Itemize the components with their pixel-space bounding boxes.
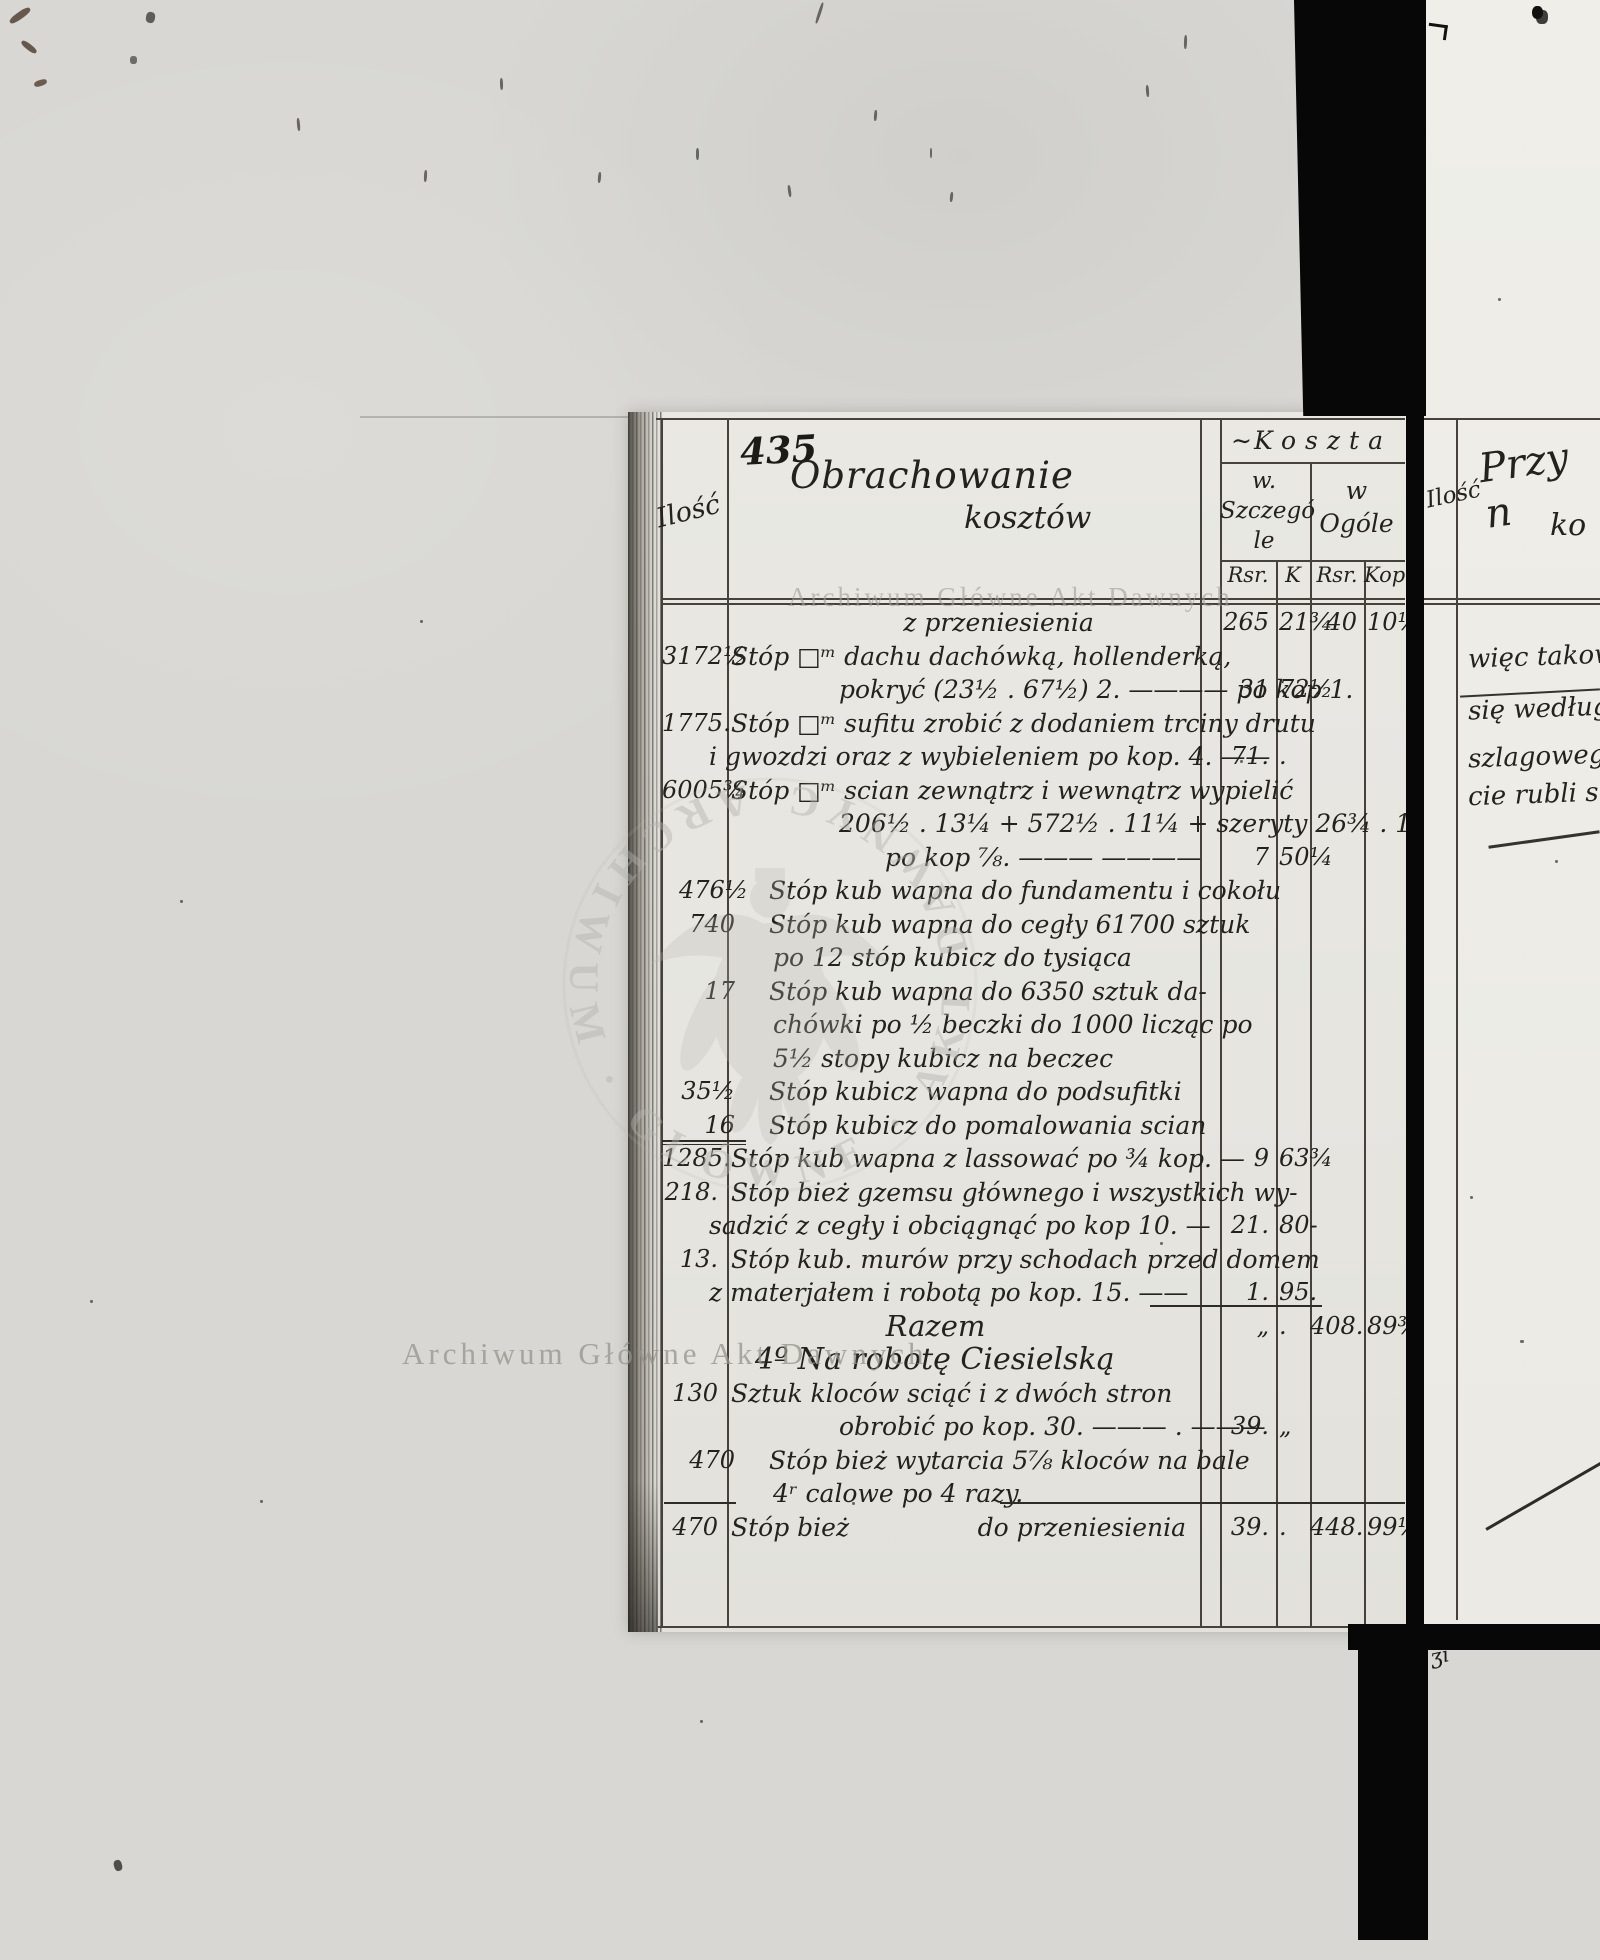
table-title-line1: Obrachowanie bbox=[790, 454, 1074, 497]
value-total-rubles bbox=[1310, 673, 1364, 707]
value-detail-rubles: 39. bbox=[1220, 1410, 1276, 1444]
speck bbox=[598, 172, 602, 183]
speck bbox=[424, 170, 428, 182]
line-gap-cell bbox=[1200, 941, 1220, 975]
right-table-top-border bbox=[1424, 418, 1600, 420]
ledger-line: 470Stóp bież wytarcia 5⅞ kloców na bale bbox=[662, 1444, 1405, 1478]
value-detail-kopeks bbox=[1276, 1377, 1310, 1411]
line-gap-cell bbox=[1200, 1075, 1220, 1109]
line-quantity: 3172½ bbox=[662, 640, 727, 674]
line-gap-cell bbox=[1200, 1142, 1220, 1176]
value-detail-kopeks: 80- bbox=[1276, 1209, 1310, 1243]
speck bbox=[787, 185, 792, 197]
line-gap-cell bbox=[1200, 841, 1220, 875]
value-total-rubles bbox=[1310, 841, 1364, 875]
speck bbox=[1160, 1242, 1163, 1245]
ledger-line: 130Sztuk kloców sciąć i z dwóch stron bbox=[662, 1377, 1405, 1411]
line-quantity: 470 bbox=[679, 1444, 744, 1478]
value-total-rubles bbox=[1310, 1042, 1364, 1076]
line-gap-cell bbox=[1200, 1243, 1220, 1277]
speck bbox=[696, 148, 699, 160]
value-total-kopeks bbox=[1364, 841, 1405, 875]
value-total-rubles bbox=[1310, 1343, 1364, 1377]
film-black-strip-gutter bbox=[1406, 412, 1424, 1628]
value-total-rubles: 408. bbox=[1310, 1310, 1364, 1344]
value-detail-rubles bbox=[1220, 1377, 1276, 1411]
value-total-rubles bbox=[1310, 707, 1364, 741]
value-detail-rubles bbox=[1220, 774, 1276, 808]
detail-col-word-3: le bbox=[1220, 526, 1308, 556]
book-spine-shadow bbox=[628, 1482, 658, 1632]
value-total-rubles bbox=[1310, 1444, 1364, 1478]
right-page-text-line: cie rubli s bbox=[1468, 778, 1600, 813]
line-quantity: 1775. bbox=[662, 707, 727, 741]
speck bbox=[8, 6, 32, 25]
value-total-rubles bbox=[1310, 1008, 1364, 1042]
value-total-rubles bbox=[1310, 908, 1364, 942]
value-detail-kopeks bbox=[1276, 1176, 1310, 1210]
value-total-rubles bbox=[1310, 1243, 1364, 1277]
value-total-kopeks bbox=[1364, 740, 1405, 774]
value-total-kopeks bbox=[1364, 1008, 1405, 1042]
value-total-kopeks bbox=[1364, 1042, 1405, 1076]
line-gap-cell bbox=[1200, 707, 1220, 741]
value-total-rubles bbox=[1310, 1109, 1364, 1143]
speck bbox=[815, 2, 825, 24]
value-total-rubles bbox=[1310, 1410, 1364, 1444]
right-header-line-2 bbox=[1424, 603, 1600, 605]
value-detail-rubles: 9 bbox=[1220, 1142, 1276, 1176]
line-gap-cell bbox=[1200, 1477, 1220, 1511]
costs-group-header: Koszta bbox=[1220, 426, 1403, 455]
value-detail-rubles: „ bbox=[1220, 1310, 1276, 1344]
value-detail-rubles bbox=[1220, 941, 1276, 975]
value-total-rubles bbox=[1310, 774, 1364, 808]
speck bbox=[1498, 298, 1501, 301]
value-total-kopeks bbox=[1364, 1377, 1405, 1411]
ledger-line: obrobić po kop. 30. ——— . ———39.„ bbox=[662, 1410, 1405, 1444]
value-total-rubles bbox=[1310, 1377, 1364, 1411]
value-detail-rubles: 7 bbox=[1220, 841, 1276, 875]
speck bbox=[1520, 1340, 1524, 1343]
sum-rule-razem bbox=[1150, 1305, 1322, 1307]
value-total-kopeks: 10¼ bbox=[1364, 606, 1405, 640]
line-gap-cell bbox=[1200, 1343, 1220, 1377]
speck bbox=[700, 1720, 703, 1723]
value-total-kopeks bbox=[1364, 1109, 1405, 1143]
value-detail-kopeks bbox=[1276, 640, 1310, 674]
right-header-line-1 bbox=[1424, 598, 1600, 600]
ledger-line: i gwozdzi oraz z wybieleniem po kop. 4. … bbox=[662, 740, 1405, 774]
value-detail-rubles bbox=[1220, 807, 1276, 841]
line-description: Stóp kub. murów przy schodach przed dome… bbox=[727, 1243, 1200, 1277]
corner-hook-mark bbox=[1427, 23, 1448, 40]
ledger-line: 4ʳ calowe po 4 razy. bbox=[662, 1477, 1405, 1511]
total-col-word-1: w bbox=[1310, 474, 1403, 507]
speck bbox=[130, 56, 137, 64]
value-detail-kopeks: . bbox=[1276, 740, 1310, 774]
line-gap-cell bbox=[1200, 774, 1220, 808]
value-total-kopeks bbox=[1364, 774, 1405, 808]
value-total-kopeks bbox=[1364, 673, 1405, 707]
value-detail-kopeks bbox=[1276, 807, 1310, 841]
speck bbox=[949, 192, 953, 202]
value-total-kopeks bbox=[1364, 1075, 1405, 1109]
archive-eagle-stamp: ARCHIWUM · GŁÓWNE · AKT DAWNYCH · bbox=[555, 770, 985, 1200]
value-total-rubles bbox=[1310, 740, 1364, 774]
value-total-kopeks bbox=[1364, 1276, 1405, 1310]
line-gap-cell bbox=[1200, 908, 1220, 942]
detail-col-word-2: Szczegó bbox=[1220, 496, 1308, 526]
value-total-rubles bbox=[1310, 1075, 1364, 1109]
line-quantity: 470 bbox=[662, 1511, 727, 1545]
speck bbox=[852, 1502, 855, 1505]
line-gap-cell bbox=[1200, 1444, 1220, 1478]
units-row-topline bbox=[1220, 560, 1405, 562]
speck bbox=[874, 110, 878, 121]
right-page-text-line: więc takow bbox=[1468, 639, 1600, 674]
line-gap-cell bbox=[1200, 740, 1220, 774]
sum-rule-carry-left bbox=[664, 1502, 736, 1504]
value-detail-kopeks bbox=[1276, 975, 1310, 1009]
value-total-kopeks bbox=[1364, 1410, 1405, 1444]
underline-flourish-2 bbox=[1488, 830, 1599, 848]
line-gap-cell bbox=[1200, 1109, 1220, 1143]
value-detail-kopeks: 50¼ bbox=[1276, 841, 1310, 875]
value-total-kopeks bbox=[1364, 1176, 1405, 1210]
photo-stage: 435 Ilość Obrachowanie kosztów Koszta w.… bbox=[0, 0, 1600, 1960]
value-detail-rubles bbox=[1220, 1109, 1276, 1143]
value-total-kopeks bbox=[1364, 941, 1405, 975]
value-total-kopeks bbox=[1364, 1243, 1405, 1277]
value-detail-rubles bbox=[1220, 1075, 1276, 1109]
line-gap-cell bbox=[1200, 640, 1220, 674]
value-total-kopeks bbox=[1364, 1142, 1405, 1176]
line-gap-cell bbox=[1200, 1042, 1220, 1076]
speck bbox=[33, 78, 47, 88]
value-total-kopeks bbox=[1364, 1444, 1405, 1478]
value-detail-rubles: 71. bbox=[1220, 740, 1276, 774]
value-total-rubles: 40 bbox=[1310, 606, 1364, 640]
line-quantity: 13. bbox=[662, 1243, 727, 1277]
value-detail-kopeks bbox=[1276, 1008, 1310, 1042]
archive-watermark-top: Archiwum Główne Akt Dawnych bbox=[788, 582, 1233, 613]
speck bbox=[296, 118, 300, 131]
line-quantity bbox=[662, 1410, 727, 1444]
speck bbox=[20, 39, 38, 55]
value-detail-kopeks bbox=[1276, 1343, 1310, 1377]
value-detail-kopeks bbox=[1276, 1477, 1310, 1511]
value-total-rubles bbox=[1310, 1142, 1364, 1176]
line-description: Stóp bież wytarcia 5⅞ kloców na bale bbox=[727, 1444, 1200, 1478]
line-quantity bbox=[662, 1477, 727, 1511]
right-page-fragment: Ilość Przy n ko więc takowsię wedługszla… bbox=[1424, 0, 1600, 1626]
margin-squiggle: ʒı bbox=[1428, 1642, 1451, 1669]
value-detail-rubles bbox=[1220, 1243, 1276, 1277]
diagonal-stroke bbox=[1485, 1443, 1600, 1530]
detail-col-word-1: w. bbox=[1220, 466, 1308, 496]
value-total-kopeks bbox=[1364, 1209, 1405, 1243]
speck bbox=[1146, 85, 1150, 97]
value-detail-kopeks: . bbox=[1276, 1310, 1310, 1344]
line-gap-cell bbox=[1200, 1176, 1220, 1210]
value-detail-kopeks: 21¾ bbox=[1276, 606, 1310, 640]
speck bbox=[90, 1300, 93, 1303]
line-gap-cell bbox=[1200, 975, 1220, 1009]
ledger-line: sadzić z cegły i obciągnąć po kop 10. —2… bbox=[662, 1209, 1405, 1243]
right-page-heading-2: ko bbox=[1550, 508, 1586, 543]
value-detail-kopeks: . bbox=[1276, 1511, 1310, 1545]
line-quantity bbox=[662, 606, 727, 640]
total-col-word-2: Ogóle bbox=[1310, 507, 1403, 540]
value-detail-rubles bbox=[1220, 640, 1276, 674]
line-description-left: Stóp bież bbox=[731, 1511, 849, 1545]
speck bbox=[1240, 760, 1243, 763]
value-total-kopeks bbox=[1364, 874, 1405, 908]
value-total-kopeks bbox=[1364, 1477, 1405, 1511]
archive-watermark-bottom: Archiwum Główne Akt Dawnych bbox=[402, 1336, 928, 1372]
value-total-kopeks bbox=[1364, 908, 1405, 942]
value-total-rubles bbox=[1310, 640, 1364, 674]
line-description: sadzić z cegły i obciągnąć po kop 10. — bbox=[709, 1209, 1200, 1243]
line-description: pokryć (23½ . 67½) 2. ———— po kop 1. bbox=[727, 673, 1200, 707]
line-gap-cell bbox=[1200, 1377, 1220, 1411]
speck bbox=[420, 620, 423, 623]
value-total-kopeks bbox=[1364, 707, 1405, 741]
value-detail-rubles bbox=[1220, 1444, 1276, 1478]
value-total-kopeks bbox=[1364, 1343, 1405, 1377]
speck bbox=[1470, 1196, 1473, 1199]
value-total-rubles bbox=[1310, 1209, 1364, 1243]
value-detail-rubles bbox=[1220, 1477, 1276, 1511]
ledger-line: 1775.Stóp □ᵐ sufitu zrobić z dodaniem tr… bbox=[662, 707, 1405, 741]
value-detail-kopeks bbox=[1276, 1075, 1310, 1109]
value-total-rubles bbox=[1310, 941, 1364, 975]
film-black-band-top bbox=[1294, 0, 1426, 416]
value-total-rubles bbox=[1310, 874, 1364, 908]
film-black-strip-lower bbox=[1358, 1648, 1428, 1940]
speck bbox=[260, 1500, 263, 1503]
unit-header-total-rubles: Rsr. bbox=[1310, 563, 1364, 587]
value-total-kopeks: 99½ bbox=[1364, 1511, 1405, 1545]
line-description: Stóp □ᵐ sufitu zrobić z dodaniem trciny … bbox=[727, 707, 1200, 741]
speck bbox=[1184, 35, 1187, 49]
value-total-rubles: 448. bbox=[1310, 1511, 1364, 1545]
value-detail-kopeks bbox=[1276, 707, 1310, 741]
value-detail-kopeks: 72½ bbox=[1276, 673, 1310, 707]
line-gap-cell bbox=[1200, 1310, 1220, 1344]
right-page-text-line: szlagoweg bbox=[1468, 740, 1600, 775]
line-gap-cell bbox=[1200, 1511, 1220, 1545]
value-total-rubles bbox=[1310, 975, 1364, 1009]
right-qty-column-header: Ilość bbox=[1424, 477, 1483, 514]
speck bbox=[1555, 860, 1558, 863]
speck bbox=[930, 148, 932, 158]
value-detail-kopeks bbox=[1276, 941, 1310, 975]
value-detail-rubles bbox=[1220, 1176, 1276, 1210]
line-gap-cell bbox=[1200, 1410, 1220, 1444]
line-description: z materjałem i robotą po kop. 15. —— bbox=[709, 1276, 1200, 1310]
speck bbox=[500, 78, 503, 90]
speck bbox=[180, 900, 183, 903]
value-detail-rubles bbox=[1220, 1343, 1276, 1377]
value-detail-rubles bbox=[1220, 1008, 1276, 1042]
sum-rule-carry-right bbox=[1000, 1502, 1405, 1504]
value-detail-rubles bbox=[1220, 975, 1276, 1009]
line-gap-cell bbox=[1200, 673, 1220, 707]
unit-header-total-kopeks: Kop bbox=[1364, 563, 1405, 587]
ledger-line: 13.Stóp kub. murów przy schodach przed d… bbox=[662, 1243, 1405, 1277]
value-detail-rubles: 39. bbox=[1220, 1511, 1276, 1545]
speck bbox=[1536, 10, 1548, 24]
costs-group-underline bbox=[1220, 462, 1405, 464]
total-column-header: w Ogóle bbox=[1310, 474, 1403, 540]
line-description: 4ʳ calowe po 4 razy. bbox=[727, 1477, 1200, 1511]
table-bottom-border bbox=[658, 1626, 1405, 1628]
value-detail-kopeks bbox=[1276, 1109, 1310, 1143]
value-total-rubles bbox=[1310, 807, 1364, 841]
speck bbox=[145, 11, 156, 23]
detail-column-header: w. Szczegó le bbox=[1220, 466, 1308, 556]
value-detail-kopeks bbox=[1276, 908, 1310, 942]
value-detail-rubles: 21. bbox=[1220, 1209, 1276, 1243]
value-detail-rubles bbox=[1220, 908, 1276, 942]
value-detail-rubles bbox=[1220, 1042, 1276, 1076]
value-detail-kopeks bbox=[1276, 1042, 1310, 1076]
ledger-line: pokryć (23½ . 67½) 2. ———— po kop 1.3172… bbox=[662, 673, 1405, 707]
table-title-line2: kosztów bbox=[964, 500, 1091, 536]
film-black-bar-bottom bbox=[1348, 1624, 1600, 1650]
value-total-rubles bbox=[1310, 1176, 1364, 1210]
stamp-eagle bbox=[650, 868, 890, 1144]
right-page-text-line: się według bbox=[1468, 692, 1600, 727]
ledger-line: 3172½Stóp □ᵐ dachu dachówką, hollenderką… bbox=[662, 640, 1405, 674]
value-detail-rubles bbox=[1220, 874, 1276, 908]
value-detail-kopeks bbox=[1276, 774, 1310, 808]
ledger-line: 470Stóp bieżdo przeniesienia39..448.99½ bbox=[662, 1511, 1405, 1545]
table-top-border bbox=[656, 418, 1405, 420]
unit-header-detail-kopeks: K bbox=[1276, 563, 1310, 587]
line-description: Sztuk kloców sciąć i z dwóch stron bbox=[727, 1377, 1200, 1411]
value-detail-kopeks bbox=[1276, 874, 1310, 908]
value-detail-kopeks: 63¾ bbox=[1276, 1142, 1310, 1176]
line-quantity bbox=[662, 673, 727, 707]
value-detail-rubles bbox=[1220, 707, 1276, 741]
value-detail-kopeks bbox=[1276, 1243, 1310, 1277]
value-total-kopeks bbox=[1364, 807, 1405, 841]
value-total-kopeks bbox=[1364, 975, 1405, 1009]
line-description-right: do przeniesienia bbox=[978, 1511, 1186, 1545]
line-gap-cell bbox=[1200, 1008, 1220, 1042]
value-total-kopeks bbox=[1364, 640, 1405, 674]
line-description: Stóp □ᵐ dachu dachówką, hollenderką, bbox=[727, 640, 1200, 674]
line-gap-cell bbox=[1200, 874, 1220, 908]
line-quantity: 130 bbox=[662, 1377, 727, 1411]
line-description: Stóp bieżdo przeniesienia bbox=[727, 1511, 1200, 1545]
value-detail-kopeks bbox=[1276, 1444, 1310, 1478]
value-detail-kopeks: „ bbox=[1276, 1410, 1310, 1444]
line-description: i gwozdzi oraz z wybieleniem po kop. 4. … bbox=[709, 740, 1200, 774]
line-gap-cell bbox=[1200, 807, 1220, 841]
value-detail-rubles: 31 bbox=[1220, 673, 1276, 707]
faint-edge-line bbox=[360, 416, 628, 418]
speck bbox=[113, 1859, 124, 1872]
value-total-rubles bbox=[1310, 1477, 1364, 1511]
line-description: obrobić po kop. 30. ——— . ——— bbox=[727, 1410, 1200, 1444]
line-gap-cell bbox=[1200, 1209, 1220, 1243]
value-total-kopeks: 89¾ bbox=[1364, 1310, 1405, 1344]
